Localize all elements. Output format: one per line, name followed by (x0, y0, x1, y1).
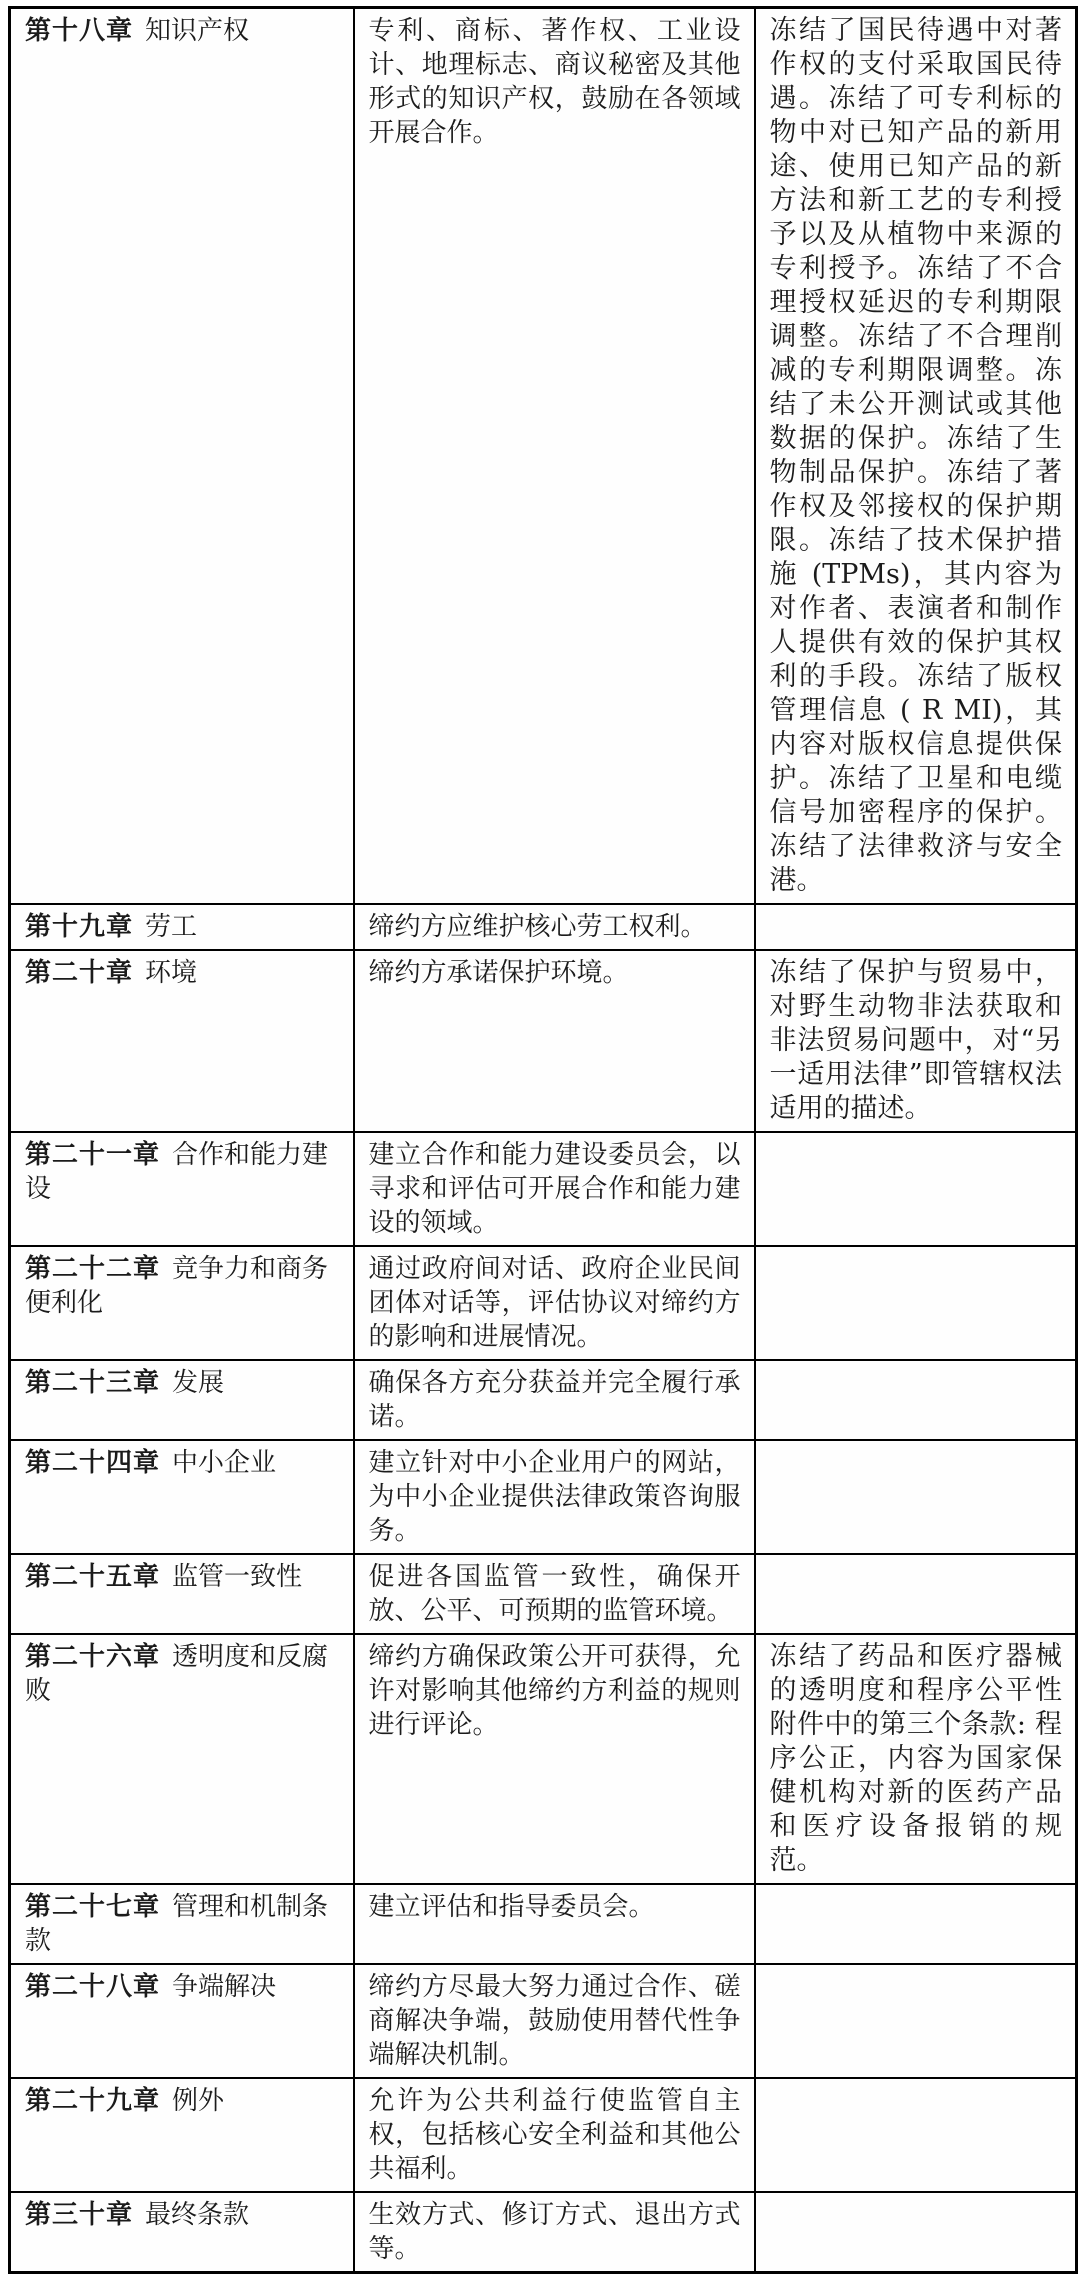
document-page: 第十八章知识产权 专利、商标、著作权、工业设计、地理标志、商议秘密及其他形式的知… (0, 0, 1080, 2101)
frozen-cell (755, 1440, 1077, 1554)
table-row: 第二十一章合作和能力建设 建立合作和能力建设委员会，以寻求和评估可开展合作和能力… (10, 1132, 1077, 1246)
table-row: 第二十二章竞争力和商务便利化 通过政府间对话、政府企业民间团体对话等，评估协议对… (10, 1246, 1077, 1360)
table-row: 第二十章环境 缔约方承诺保护环境。 冻结了保护与贸易中，对野生动物非法获取和非法… (10, 950, 1077, 1132)
chapter-number: 第二十八章 (25, 1972, 160, 2002)
chapter-cell: 第二十三章发展 (10, 1360, 354, 1440)
summary-cell: 促进各国监管一致性，确保开放、公平、可预期的监管环境。 (354, 1554, 755, 1634)
chapter-number: 第二十九章 (25, 2086, 160, 2116)
frozen-cell (755, 1132, 1077, 1246)
summary-cell: 缔约方确保政策公开可获得，允许对影响其他缔约方利益的规则进行评论。 (354, 1634, 755, 1884)
summary-cell: 缔约方应维护核心劳工权利。 (354, 904, 755, 950)
summary-cell: 缔约方尽最大努力通过合作、磋商解决争端，鼓励使用替代性争端解决机制。 (354, 1964, 755, 2078)
chapter-number: 第二十一章 (25, 1140, 160, 1170)
chapter-cell: 第二十章环境 (10, 950, 354, 1132)
frozen-cell (755, 2078, 1077, 2192)
chapter-number: 第二十四章 (25, 1448, 160, 1478)
frozen-cell: 冻结了药品和医疗器械的透明度和程序公平性附件中的第三个条款: 程序公正，内容为国… (755, 1634, 1077, 1884)
chapter-cell: 第二十七章管理和机制条款 (10, 1884, 354, 1964)
chapter-cell: 第十九章劳工 (10, 904, 354, 950)
frozen-cell (755, 1884, 1077, 1964)
summary-cell: 缔约方承诺保护环境。 (354, 950, 755, 1132)
summary-cell: 生效方式、修订方式、退出方式等。 (354, 2192, 755, 2273)
table-row: 第二十八章争端解决 缔约方尽最大努力通过合作、磋商解决争端，鼓励使用替代性争端解… (10, 1964, 1077, 2078)
table-row: 第二十九章例外 允许为公共利益行使监管自主权，包括核心安全利益和其他公共福利。 (10, 2078, 1077, 2192)
chapter-number: 第三十章 (25, 2200, 133, 2230)
frozen-cell (755, 1360, 1077, 1440)
chapter-number: 第二十二章 (25, 1254, 160, 1284)
chapter-cell: 第十八章知识产权 (10, 8, 354, 905)
table-row: 第二十四章中小企业 建立针对中小企业用户的网站，为中小企业提供法律政策咨询服务。 (10, 1440, 1077, 1554)
frozen-cell (755, 904, 1077, 950)
summary-cell: 确保各方充分获益并完全履行承诺。 (354, 1360, 755, 1440)
frozen-cell: 冻结了国民待遇中对著作权的支付采取国民待遇。冻结了可专利标的物中对已知产品的新用… (755, 8, 1077, 905)
summary-cell: 建立合作和能力建设委员会，以寻求和评估可开展合作和能力建设的领域。 (354, 1132, 755, 1246)
frozen-cell (755, 2192, 1077, 2273)
chapter-number: 第二十七章 (25, 1892, 160, 1922)
chapter-number: 第十九章 (25, 912, 133, 942)
chapter-cell: 第二十五章监管一致性 (10, 1554, 354, 1634)
table-row: 第二十七章管理和机制条款 建立评估和指导委员会。 (10, 1884, 1077, 1964)
chapter-number: 第二十章 (25, 958, 133, 988)
summary-cell: 通过政府间对话、政府企业民间团体对话等，评估协议对缔约方的影响和进展情况。 (354, 1246, 755, 1360)
frozen-cell (755, 1246, 1077, 1360)
chapter-cell: 第二十一章合作和能力建设 (10, 1132, 354, 1246)
chapter-title: 知识产权 (145, 16, 249, 46)
chapter-title: 中小企业 (172, 1448, 276, 1478)
chapter-number: 第十八章 (25, 16, 133, 46)
summary-cell: 专利、商标、著作权、工业设计、地理标志、商议秘密及其他形式的知识产权，鼓励在各领… (354, 8, 755, 905)
chapter-cell: 第二十二章竞争力和商务便利化 (10, 1246, 354, 1360)
table-row: 第二十六章透明度和反腐败 缔约方确保政策公开可获得，允许对影响其他缔约方利益的规… (10, 1634, 1077, 1884)
chapter-title: 劳工 (145, 912, 197, 942)
chapter-number: 第二十五章 (25, 1562, 160, 1592)
chapter-title: 发展 (172, 1368, 224, 1398)
chapter-number: 第二十六章 (25, 1642, 160, 1672)
summary-cell: 允许为公共利益行使监管自主权，包括核心安全利益和其他公共福利。 (354, 2078, 755, 2192)
frozen-cell: 冻结了保护与贸易中，对野生动物非法获取和非法贸易问题中，对“另一适用法律”即管辖… (755, 950, 1077, 1132)
summary-cell: 建立评估和指导委员会。 (354, 1884, 755, 1964)
chapter-title: 监管一致性 (172, 1562, 302, 1592)
chapter-cell: 第二十九章例外 (10, 2078, 354, 2192)
table-row: 第二十三章发展 确保各方充分获益并完全履行承诺。 (10, 1360, 1077, 1440)
chapter-cell: 第二十八章争端解决 (10, 1964, 354, 2078)
chapter-title: 例外 (172, 2086, 224, 2116)
table-row: 第二十五章监管一致性 促进各国监管一致性，确保开放、公平、可预期的监管环境。 (10, 1554, 1077, 1634)
chapter-title: 最终条款 (145, 2200, 249, 2230)
table-row: 第十九章劳工 缔约方应维护核心劳工权利。 (10, 904, 1077, 950)
table-row: 第三十章最终条款 生效方式、修订方式、退出方式等。 (10, 2192, 1077, 2273)
chapter-title: 环境 (145, 958, 197, 988)
chapter-table: 第十八章知识产权 专利、商标、著作权、工业设计、地理标志、商议秘密及其他形式的知… (8, 6, 1078, 2274)
chapter-cell: 第二十四章中小企业 (10, 1440, 354, 1554)
chapter-title: 争端解决 (172, 1972, 276, 2002)
chapter-cell: 第二十六章透明度和反腐败 (10, 1634, 354, 1884)
chapter-number: 第二十三章 (25, 1368, 160, 1398)
frozen-cell (755, 1554, 1077, 1634)
chapter-cell: 第三十章最终条款 (10, 2192, 354, 2273)
summary-cell: 建立针对中小企业用户的网站，为中小企业提供法律政策咨询服务。 (354, 1440, 755, 1554)
table-row: 第十八章知识产权 专利、商标、著作权、工业设计、地理标志、商议秘密及其他形式的知… (10, 8, 1077, 905)
frozen-cell (755, 1964, 1077, 2078)
